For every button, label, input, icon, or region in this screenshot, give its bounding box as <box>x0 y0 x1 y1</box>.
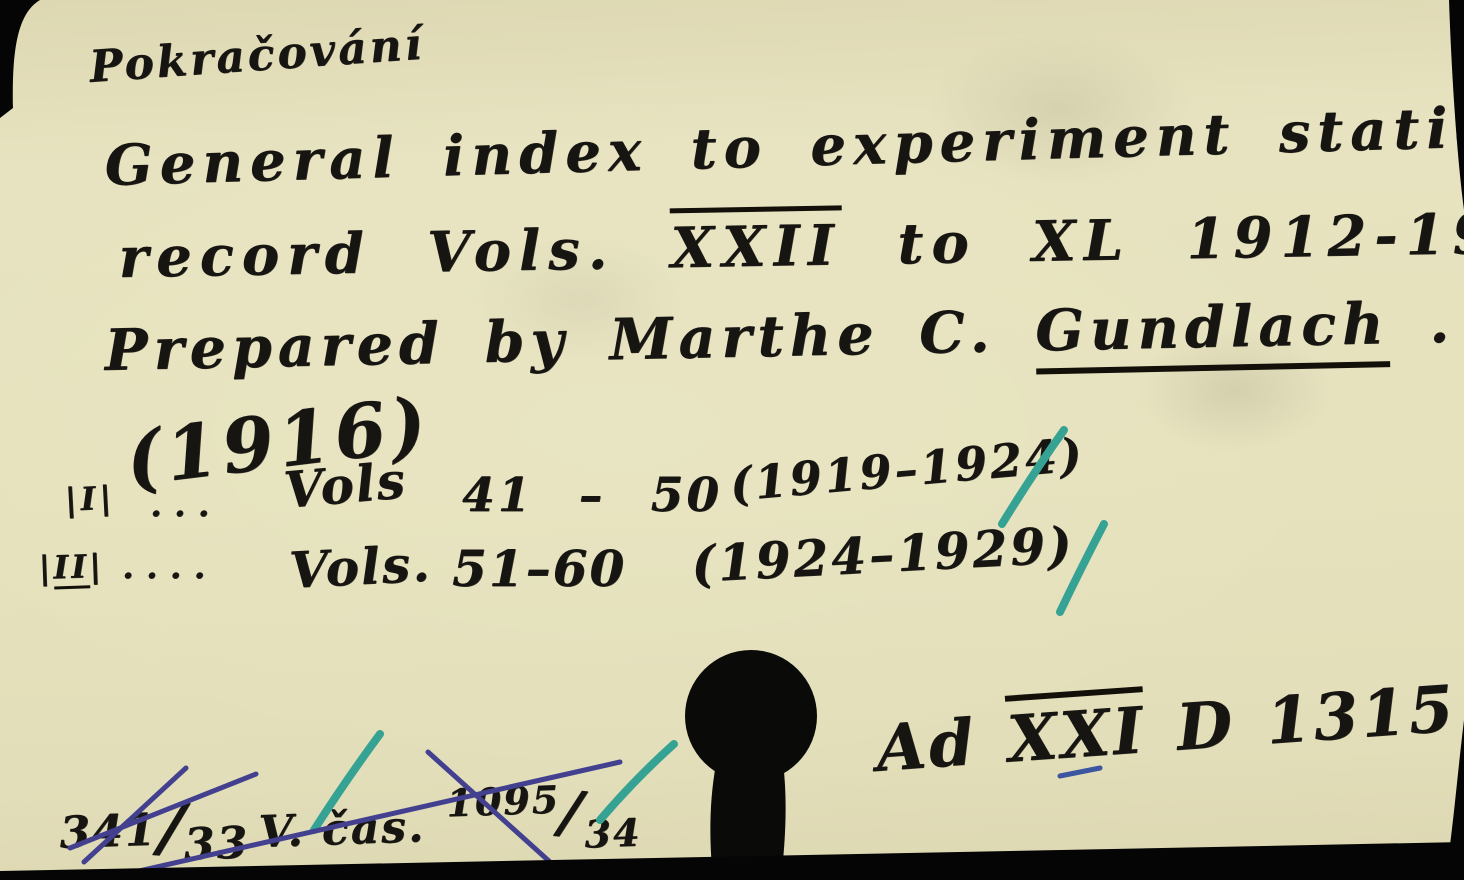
accession-part2: 33 <box>183 821 250 867</box>
call-number-roman: XXI <box>1004 686 1148 777</box>
call-number-number: 1315 <box>1264 671 1459 759</box>
byline-surname: Gundlach <box>1034 290 1390 374</box>
accession-note-crossed-out: 341/33V. čas.1095/34 <box>58 772 641 858</box>
supplement-2-years: (1924–1929) <box>690 520 1076 590</box>
supplement-1-years: (1919–1924) <box>728 431 1086 508</box>
volume-start-roman: XXII <box>670 205 843 281</box>
supplement-1-dots: ... <box>150 488 222 522</box>
marker-roman-2: II <box>53 547 90 589</box>
accession-part1: 341 <box>59 809 158 856</box>
supplement-2-dots: .... <box>122 550 217 584</box>
supplement-2-range: 51–60 <box>452 544 626 594</box>
call-number-letter: D <box>1174 687 1238 766</box>
volume-end-roman: XL <box>1031 207 1131 275</box>
byline-name: Marthe C. <box>609 298 996 373</box>
accession-part5: 34 <box>584 814 642 854</box>
title-line-1: General index to experiment station <box>104 98 1464 194</box>
marker-roman-1: I <box>79 479 100 518</box>
supplement-2-marker: |II| <box>38 550 104 584</box>
title-line-2-years: 1912-1919 <box>1186 199 1464 272</box>
marker-close-bar: | <box>98 478 116 517</box>
accession-part3: V. čas. <box>258 805 426 855</box>
scanned-catalog-card-image: Pokračování General index to experiment … <box>0 0 1464 880</box>
marker-open-bar: | <box>38 548 54 586</box>
title-line-2-connector: to <box>897 210 977 277</box>
supplement-2-vols-label: Vols. <box>288 539 433 596</box>
byline: Prepared by Marthe C. Gundlach . <box>104 294 1456 379</box>
supplement-1-marker: |I| <box>64 481 116 516</box>
byline-prefix: Prepared by <box>104 307 570 384</box>
call-number: Ad XXI D 1315 <box>874 677 1458 781</box>
marker-close-bar: | <box>88 547 104 585</box>
supplement-1-range: 41 – 50 <box>462 472 722 519</box>
card-heading: Pokračování <box>88 23 426 90</box>
title-line-2: record Vols. XXII to XL 1912-1919 <box>118 204 1464 286</box>
supplement-1-vols-label: Vols <box>282 455 409 516</box>
call-number-prefix: Ad <box>874 705 979 787</box>
accession-part4: 1095 <box>446 780 561 822</box>
title-line-2-prefix: record Vols. <box>118 216 616 291</box>
byline-period: . <box>1428 289 1455 357</box>
catalog-card: Pokračování General index to experiment … <box>0 0 1464 880</box>
accession-slash-2: / <box>557 782 586 842</box>
